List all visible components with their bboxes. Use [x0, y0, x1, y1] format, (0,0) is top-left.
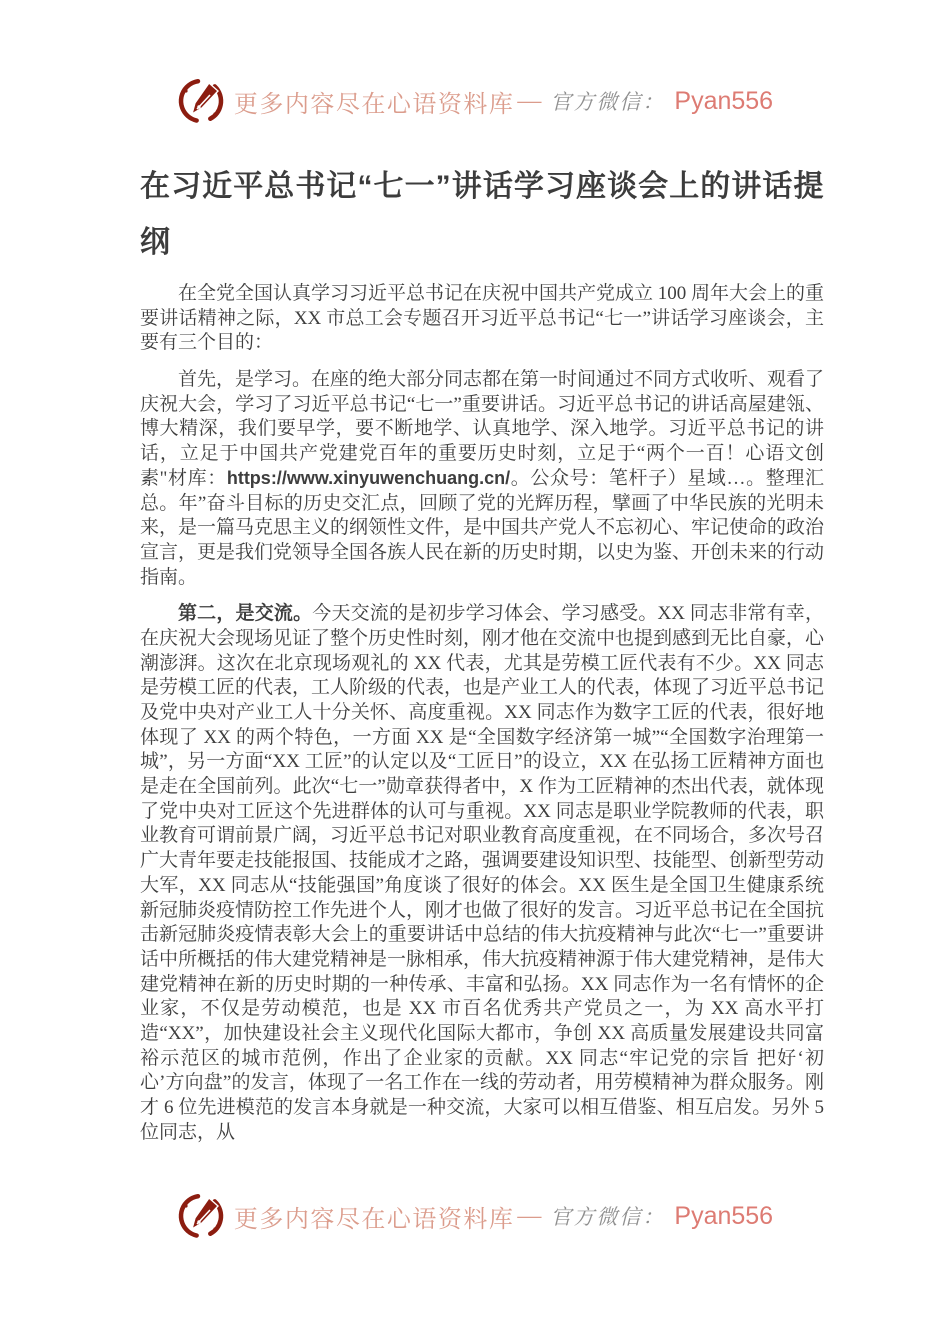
- wechat-id: Pyan556: [674, 1202, 773, 1231]
- paragraph-text: 今天交流的是初步学习体会、学习感受。XX 同志非常有幸，在庆祝大会现场见证了整个…: [140, 603, 824, 1142]
- watermark-footer: 更多内容尽在心语资料库 — 官方微信： Pyan556: [0, 1191, 950, 1241]
- wechat-label: 官方微信：: [550, 86, 665, 116]
- wechat-id: Pyan556: [674, 87, 773, 116]
- pen-logo-icon: [177, 1191, 225, 1241]
- brand-text: 更多内容尽在心语资料库: [234, 1199, 515, 1234]
- paragraph-text: 在全党全国认真学习习近平总书记在庆祝中国共产党成立 100 周年大会上的重要讲话…: [140, 283, 824, 353]
- document-page: 更多内容尽在心语资料库 — 官方微信： Pyan556 在习近平总书记“七一”讲…: [0, 0, 950, 1344]
- paragraph-text: 第二，是交流。: [178, 603, 312, 624]
- watermark-header: 更多内容尽在心语资料库 — 官方微信： Pyan556: [0, 0, 950, 126]
- document-title: 在习近平总书记“七一”讲话学习座谈会上的讲话提纲: [140, 159, 824, 270]
- pen-logo-icon: [177, 76, 225, 126]
- paragraph: 在全党全国认真学习习近平总书记在庆祝中国共产党成立 100 周年大会上的重要讲话…: [140, 282, 824, 356]
- document-body: 在全党全国认真学习习近平总书记在庆祝中国共产党成立 100 周年大会上的重要讲话…: [140, 282, 824, 1145]
- brand-dash: —: [517, 1203, 541, 1230]
- inline-url-text: https://www.xinyuwenchuang.cn/: [227, 468, 510, 488]
- paragraph: 首先，是学习。在座的绝大部分同志都在第一时间通过不同方式收听、观看了庆祝大会，学…: [140, 368, 824, 590]
- paragraph: 第二，是交流。今天交流的是初步学习体会、学习感受。XX 同志非常有幸，在庆祝大会…: [140, 602, 824, 1145]
- brand-dash: —: [517, 88, 541, 115]
- brand-text: 更多内容尽在心语资料库: [234, 84, 515, 119]
- wechat-label: 官方微信：: [550, 1201, 665, 1231]
- document-content: 在习近平总书记“七一”讲话学习座谈会上的讲话提纲 在全党全国认真学习习近平总书记…: [140, 159, 824, 1145]
